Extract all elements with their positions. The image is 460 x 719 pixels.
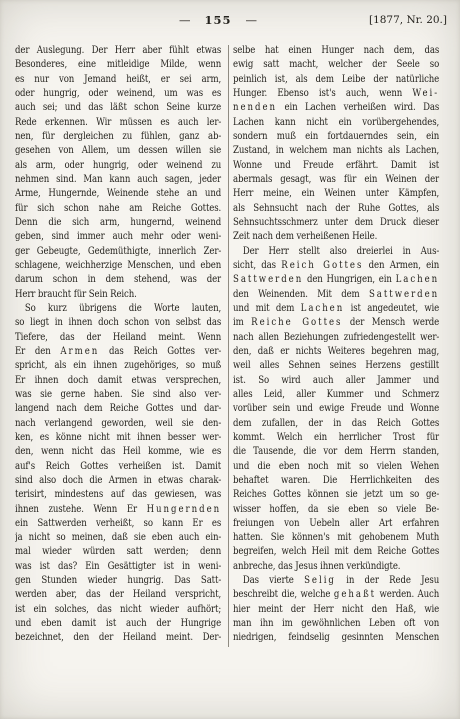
text-segment: Arme, Hungernde, Weinende stehe an und	[15, 187, 221, 199]
letterspaced-text-segment: Sattwerden	[369, 288, 439, 300]
text-segment: was sie gerne haben. Sie sind also ver-	[15, 388, 221, 400]
text-line: darum schon in dem stehend, was der	[15, 272, 221, 286]
text-line: der Auslegung. Der Herr aber fühlt etwas	[15, 43, 221, 57]
text-segment: den Armen, ein	[363, 259, 439, 271]
text-line: beschreibt die, welche gehaßt werden. Au…	[233, 587, 439, 601]
text-line: für sich schon nahe am Reiche Gottes.	[15, 201, 221, 215]
text-line: peinlich ist, als dem Leibe der natürlic…	[233, 72, 439, 86]
text-segment: für sich schon nahe am Reiche Gottes.	[15, 202, 221, 214]
text-line: nach verlangend geworden, weil sie den-	[15, 416, 221, 430]
text-segment: Sehnsuchtsschmerz unter dem Druck dieser	[233, 216, 439, 228]
text-line: und mit dem Lachen ist angedeutet, wie	[233, 301, 439, 315]
letterspaced-text-segment: nenden	[233, 101, 277, 113]
text-line: behaftet waren. Die Herrlichkeiten des	[233, 473, 439, 487]
text-segment: geben, sind immer auch mehr oder weni-	[15, 230, 221, 242]
text-line: nach allen Beziehungen zufriedengestellt…	[233, 330, 439, 344]
text-line: Herr braucht für Sein Reich.	[15, 287, 221, 301]
text-segment: in der Rede Jesu	[336, 574, 439, 586]
scanned-page: —155— [1877, Nr. 20.] der Auslegung. Der…	[0, 0, 460, 719]
text-segment: und die eben noch mit so vielen Wehen	[233, 460, 439, 472]
text-line: alles Leid, aller Kummer und Schmerz	[233, 387, 439, 401]
text-segment: auf's Reich Gottes verheißen ist. Damit	[15, 460, 221, 472]
text-line: es nur von Jemand heißt, er sei arm,	[15, 72, 221, 86]
text-line: Rede erkennen. Wir müssen es auch ler-	[15, 115, 221, 129]
text-line: vorüber sein und ewige Freude und Wonne	[233, 401, 439, 415]
text-segment: mal wieder würden satt werden; denn	[15, 545, 221, 557]
letterspaced-text-segment: Reich Gottes	[281, 259, 363, 271]
letterspaced-text-segment: Hungernden	[147, 503, 222, 515]
text-line: selbe hat einen Hunger nach dem, das	[233, 43, 439, 57]
text-segment: man ihn im gewöhnlichen Leben oft von	[233, 617, 439, 629]
text-segment: nehmen sind. Man kann auch sagen, jeder	[15, 173, 221, 185]
left-text-column: der Auslegung. Der Herr aber fühlt etwas…	[15, 43, 221, 645]
text-segment: die Tausende, die vor dem Herrn standen,	[233, 445, 439, 457]
text-line: Denn die sich arm, hungernd, weinend	[15, 215, 221, 229]
text-segment: nen, für dergleichen zu fühlen, ganz ab-	[15, 130, 221, 142]
text-line: Herr meine, ein Weinen unter Kämpfen,	[233, 186, 439, 200]
text-segment: was ist das? Ein Gesättigter ist in weni…	[15, 560, 221, 572]
text-segment: oder hungrig, oder weinend, um was es	[15, 87, 221, 99]
text-segment: peinlich ist, als dem Leibe der natürlic…	[233, 73, 439, 85]
text-line: abermals gesagt, was für ein Weinen der	[233, 172, 439, 186]
text-line: dem zufallen, der in das Reich Gottes	[233, 416, 439, 430]
text-line: gesehen von Allem, um dessen willen sie	[15, 143, 221, 157]
text-segment: vorüber sein und ewige Freude und Wonne	[233, 402, 439, 414]
text-segment: ist. So wird auch aller Jammer und	[233, 374, 439, 386]
text-segment: so liegt in ihnen doch schon von selbst …	[15, 316, 221, 328]
text-line: was sie gerne haben. Sie sind also ver-	[15, 387, 221, 401]
text-segment: den Weinenden. Mit dem	[233, 288, 369, 300]
text-segment: und eben damit ist auch der Hungrige	[15, 617, 221, 629]
text-line: Reiches Gottes können sie jetzt um so ge…	[233, 487, 439, 501]
text-line: wisser hoffen, da sie eben so viele Be-	[233, 502, 439, 516]
text-segment: ger Gebeugte, Gedemüthigte, innerlich Ze…	[15, 245, 221, 257]
text-line: sind also doch die Armen in etwas charak…	[15, 473, 221, 487]
text-line: die Tausende, die vor dem Herrn standen,	[233, 444, 439, 458]
text-segment: und mit dem	[233, 302, 301, 314]
text-segment: ein Lachen verheißen wird. Das	[277, 101, 439, 113]
text-line: was ist das? Ein Gesättigter ist in weni…	[15, 559, 221, 573]
text-segment: alles Leid, aller Kummer und Schmerz	[233, 388, 439, 400]
text-line: ewig satt macht, welcher der Seele so	[233, 57, 439, 71]
text-segment: abermals gesagt, was für ein Weinen der	[233, 173, 439, 185]
text-segment: ihnen zustehe. Wenn Er	[15, 503, 147, 515]
text-line: den, wenn nicht das Heil komme, wie es	[15, 444, 221, 458]
text-line: Er den Armen das Reich Gottes ver-	[15, 344, 221, 358]
text-line: ger Gebeugte, Gedemüthigte, innerlich Ze…	[15, 244, 221, 258]
text-line: So kurz übrigens die Worte lauten,	[15, 301, 221, 315]
letterspaced-text-segment: Sattwerden	[233, 273, 303, 285]
text-line: gen Stunden wieder hungrig. Das Satt-	[15, 573, 221, 587]
text-line: im Reiche Gottes der Mensch werde	[233, 315, 439, 329]
letterspaced-text-segment: Lachen	[301, 302, 345, 314]
text-segment: ein Sattwerden verheißt, so kann Er es	[15, 517, 221, 529]
text-line: hier meint der Herr nicht den Haß, wie	[233, 602, 439, 616]
text-segment: Der Herr stellt also dreierlei in Aus-	[243, 245, 439, 257]
text-line: und die eben noch mit so vielen Wehen	[233, 459, 439, 473]
text-line: man ihn im gewöhnlichen Leben oft von	[233, 616, 439, 630]
text-segment: kommt. Welch ein herrlicher Trost für	[233, 431, 439, 443]
text-line: Zustand, in welchem man nichts als Lache…	[233, 143, 439, 157]
text-line: langend nach dem Reiche Gottes und dar-	[15, 401, 221, 415]
text-line: schlagene, weichherzige Menschen, und eb…	[15, 258, 221, 272]
text-segment: Besonderes, eine mitleidige Milde, wenn	[15, 58, 221, 70]
text-segment: wisser hoffen, da sie eben so viele Be-	[233, 503, 439, 515]
text-segment: Rede erkennen. Wir müssen es auch ler-	[15, 116, 221, 128]
text-segment: bezeichnet, den der Heiland meint. Der-	[15, 631, 221, 643]
text-line: terisirt, mindestens auf das gewiesen, w…	[15, 487, 221, 501]
text-segment: Zeit nach dem verheißenen Heile.	[233, 230, 377, 242]
text-segment: gen Stunden wieder hungrig. Das Satt-	[15, 574, 221, 586]
page-number-dash-left: —	[179, 13, 191, 27]
text-line: hatten. Sie können's mit gehobenem Muth	[233, 530, 439, 544]
text-segment: behaftet waren. Die Herrlichkeiten des	[233, 474, 439, 486]
text-segment: ken, es könne nicht mit ihnen besser wer…	[15, 431, 221, 443]
text-line: ein Sattwerden verheißt, so kann Er es	[15, 516, 221, 530]
text-segment: spricht, als ein ihnen zugehöriges, so m…	[15, 359, 221, 371]
text-line: Arme, Hungernde, Weinende stehe an und	[15, 186, 221, 200]
text-segment: nach allen Beziehungen zufriedengestellt…	[233, 331, 439, 343]
text-line: Er ihnen doch damit etwas versprechen,	[15, 373, 221, 387]
text-line: Der Herr stellt also dreierlei in Aus-	[233, 244, 439, 258]
text-segment: So kurz übrigens die Worte lauten,	[25, 302, 221, 314]
text-segment: den, wenn nicht das Heil komme, wie es	[15, 445, 221, 457]
text-segment: Herr meine, ein Weinen unter Kämpfen,	[233, 187, 439, 199]
text-segment: als Sehnsucht nach der Ruhe Gottes, als	[233, 202, 439, 214]
text-line: nen, für dergleichen zu fühlen, ganz ab-	[15, 129, 221, 143]
text-segment: schlagene, weichherzige Menschen, und eb…	[15, 259, 221, 271]
text-segment: als arm, oder hungrig, oder weinend zu	[15, 159, 221, 171]
text-line: bezeichnet, den der Heiland meint. Der-	[15, 630, 221, 644]
text-segment: werden aber, das der Heiland verspricht,	[15, 588, 221, 600]
issue-label: [1877, Nr. 20.]	[369, 14, 447, 26]
text-segment: selbe hat einen Hunger nach dem, das	[233, 44, 439, 56]
text-line: sicht, das Reich Gottes den Armen, ein	[233, 258, 439, 272]
page-number: 155	[204, 13, 231, 27]
text-segment: begreifen, welch Heil mit dem Reiche Got…	[233, 545, 439, 557]
text-segment: es nur von Jemand heißt, er sei arm,	[15, 73, 221, 85]
text-segment: sondern muß ein fortdauerndes sein, ein	[233, 130, 439, 142]
text-line: weil alles Sehnen seines Herzens gestill…	[233, 358, 439, 372]
text-segment: Zustand, in welchem man nichts als Lache…	[233, 144, 439, 156]
text-segment: hatten. Sie können's mit gehobenem Muth	[233, 531, 439, 543]
text-segment: Das vierte	[243, 574, 304, 586]
text-line: Sehnsuchtsschmerz unter dem Druck dieser	[233, 215, 439, 229]
letterspaced-text-segment: Lachen	[396, 273, 440, 285]
text-segment: im	[233, 316, 251, 328]
letterspaced-text-segment: Wei-	[412, 87, 439, 99]
page-number-header: —155—	[118, 13, 318, 27]
text-segment: ewig satt macht, welcher der Seele so	[233, 58, 439, 70]
text-segment: hier meint der Herr nicht den Haß, wie	[233, 603, 439, 615]
text-segment: weil alles Sehnen seines Herzens gestill…	[233, 359, 439, 371]
text-segment: Herr braucht für Sein Reich.	[15, 288, 137, 300]
text-segment: Denn die sich arm, hungernd, weinend	[15, 216, 221, 228]
text-segment: beschreibt die, welche	[233, 588, 334, 600]
text-segment: Er den	[15, 345, 60, 357]
text-segment: Reiches Gottes können sie jetzt um so ge…	[233, 488, 439, 500]
letterspaced-text-segment: Reiche Gottes	[251, 316, 342, 328]
text-segment: den, daß er nichts Weiteres begehren mag…	[233, 345, 439, 357]
text-line: Sattwerden den Hungrigen, ein Lachen	[233, 272, 439, 286]
text-line: Lachen kann nicht ein vorübergehendes,	[233, 115, 439, 129]
text-segment: dem zufallen, der in das Reich Gottes	[233, 417, 439, 429]
text-line: freiungen von Uebeln aller Art erfahren	[233, 516, 439, 530]
text-line: werden aber, das der Heiland verspricht,	[15, 587, 221, 601]
text-segment: Hunger. Ebenso ist's auch, wenn	[233, 87, 412, 99]
text-segment: freiungen von Uebeln aller Art erfahren	[233, 517, 439, 529]
text-segment: Lachen kann nicht ein vorübergehendes,	[233, 116, 439, 128]
text-line: Zeit nach dem verheißenen Heile.	[233, 229, 439, 243]
text-line: als Sehnsucht nach der Ruhe Gottes, als	[233, 201, 439, 215]
text-segment: gesehen von Allem, um dessen willen sie	[15, 144, 221, 156]
text-line: ken, es könne nicht mit ihnen besser wer…	[15, 430, 221, 444]
letterspaced-text-segment: gehaßt	[334, 588, 376, 600]
text-line: Hunger. Ebenso ist's auch, wenn Wei-	[233, 86, 439, 100]
text-line: mal wieder würden satt werden; denn	[15, 544, 221, 558]
text-segment: werden. Auch	[376, 588, 439, 600]
text-line: und eben damit ist auch der Hungrige	[15, 616, 221, 630]
text-segment: ist ein solches, das nicht wieder aufhör…	[15, 603, 221, 615]
text-line: ja nicht so meinen, daß sie eben auch ei…	[15, 530, 221, 544]
text-segment: langend nach dem Reiche Gottes und dar-	[15, 402, 221, 414]
text-segment: terisirt, mindestens auf das gewiesen, w…	[15, 488, 221, 500]
text-line: begreifen, welch Heil mit dem Reiche Got…	[233, 544, 439, 558]
text-segment: Tiefere, das der Heiland meint. Wenn	[15, 331, 221, 343]
text-segment: auch sei; und das läßt schon Seine kurze	[15, 101, 221, 113]
letterspaced-text-segment: Armen	[60, 345, 99, 357]
text-segment: ja nicht so meinen, daß sie eben auch ei…	[15, 531, 221, 543]
text-segment: der Mensch werde	[342, 316, 439, 328]
text-line: Tiefere, das der Heiland meint. Wenn	[15, 330, 221, 344]
text-segment: Er ihnen doch damit etwas versprechen,	[15, 374, 221, 386]
text-line: spricht, als ein ihnen zugehöriges, so m…	[15, 358, 221, 372]
text-line: Das vierte Selig in der Rede Jesu	[233, 573, 439, 587]
text-line: als arm, oder hungrig, oder weinend zu	[15, 158, 221, 172]
text-line: kommt. Welch ein herrlicher Trost für	[233, 430, 439, 444]
page-number-dash-right: —	[246, 13, 258, 27]
text-line: ihnen zustehe. Wenn Er Hungernden	[15, 502, 221, 516]
text-line: niedrigen, feindselig gesinnten Menschen	[233, 630, 439, 644]
text-line: sondern muß ein fortdauerndes sein, ein	[233, 129, 439, 143]
text-segment: der Auslegung. Der Herr aber fühlt etwas	[15, 44, 221, 56]
column-divider-rule	[228, 45, 229, 647]
text-line: geben, sind immer auch mehr oder weni-	[15, 229, 221, 243]
text-segment: Wonne und Freude erfährt. Damit ist	[233, 159, 439, 171]
text-line: den Weinenden. Mit dem Sattwerden	[233, 287, 439, 301]
text-segment: das Reich Gottes ver-	[99, 345, 221, 357]
text-line: Besonderes, eine mitleidige Milde, wenn	[15, 57, 221, 71]
text-line: ist. So wird auch aller Jammer und	[233, 373, 439, 387]
text-line: auch sei; und das läßt schon Seine kurze	[15, 100, 221, 114]
text-segment: nach verlangend geworden, weil sie den-	[15, 417, 221, 429]
text-line: Wonne und Freude erfährt. Damit ist	[233, 158, 439, 172]
right-text-column: selbe hat einen Hunger nach dem, dasewig…	[233, 43, 439, 645]
letterspaced-text-segment: Selig	[304, 574, 336, 586]
text-line: oder hungrig, oder weinend, um was es	[15, 86, 221, 100]
text-line: nenden ein Lachen verheißen wird. Das	[233, 100, 439, 114]
text-line: so liegt in ihnen doch schon von selbst …	[15, 315, 221, 329]
text-line: anbreche, das Jesus ihnen verkündigte.	[233, 559, 439, 573]
text-segment: niedrigen, feindselig gesinnten Menschen	[233, 631, 439, 643]
text-line: auf's Reich Gottes verheißen ist. Damit	[15, 459, 221, 473]
text-segment: sind also doch die Armen in etwas charak…	[15, 474, 221, 486]
text-line: ist ein solches, das nicht wieder aufhör…	[15, 602, 221, 616]
text-segment: ist angedeutet, wie	[344, 302, 439, 314]
text-line: nehmen sind. Man kann auch sagen, jeder	[15, 172, 221, 186]
text-segment: darum schon in dem stehend, was der	[15, 273, 221, 285]
text-segment: anbreche, das Jesus ihnen verkündigte.	[233, 560, 400, 572]
text-line: den, daß er nichts Weiteres begehren mag…	[233, 344, 439, 358]
text-segment: den Hungrigen, ein	[303, 273, 395, 285]
text-segment: sicht, das	[233, 259, 281, 271]
